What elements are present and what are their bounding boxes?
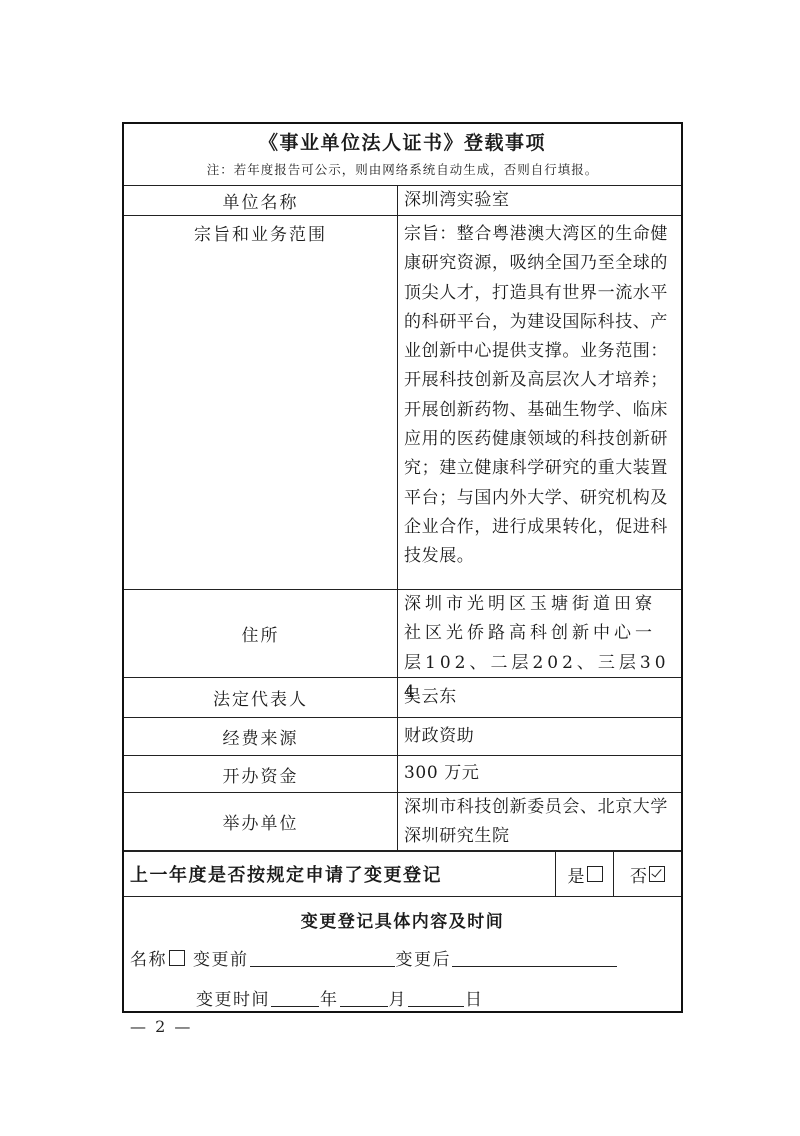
- value-purpose-scope: 宗旨：整合粤港澳大湾区的生命健康研究资源，吸纳全国乃至全球的顶尖人才，打造具有世…: [398, 216, 681, 589]
- before-label: 变更前: [193, 945, 249, 970]
- label-sponsor-unit: 举办单位: [124, 793, 398, 850]
- change-question-label: 上一年度是否按规定申请了变更登记: [130, 852, 442, 896]
- document-note: 注：若年度报告可公示，则由网络系统自动生成，否则自行填报。: [124, 160, 681, 178]
- row-startup-capital: 开办资金 300 万元: [124, 755, 681, 792]
- row-address: 住所 深圳市光明区玉塘街道田寮社区光侨路高科创新中心一层102、二层202、三层…: [124, 589, 681, 677]
- value-unit-name: 深圳湾实验室: [398, 186, 681, 215]
- before-value-field[interactable]: [250, 948, 395, 967]
- label-funding-source: 经费来源: [124, 718, 398, 755]
- checkbox-yes[interactable]: [587, 866, 603, 882]
- checkbox-no-checked[interactable]: [649, 866, 665, 882]
- day-label: 日: [465, 985, 484, 1010]
- form-header: 《事业单位法人证书》登载事项 注：若年度报告可公示，则由网络系统自动生成，否则自…: [124, 124, 681, 185]
- year-label: 年: [320, 985, 339, 1010]
- value-funding-source: 财政资助: [398, 718, 681, 755]
- day-field[interactable]: [408, 988, 464, 1007]
- document-title: 《事业单位法人证书》登载事项: [124, 128, 681, 155]
- change-time-line: 变更时间 年 月 日: [196, 985, 484, 1010]
- change-details-title: 变更登记具体内容及时间: [124, 907, 681, 932]
- row-legal-representative: 法定代表人 吴云东: [124, 677, 681, 717]
- year-field[interactable]: [271, 988, 319, 1007]
- time-label: 变更时间: [196, 985, 270, 1010]
- change-item-label: 名称: [130, 945, 167, 970]
- row-change-question: 上一年度是否按规定申请了变更登记 是 否: [124, 850, 681, 896]
- row-sponsor-unit: 举办单位 深圳市科技创新委员会、北京大学深圳研究生院: [124, 792, 681, 850]
- value-sponsor-unit: 深圳市科技创新委员会、北京大学深圳研究生院: [398, 793, 681, 850]
- label-purpose-scope: 宗旨和业务范围: [124, 216, 398, 589]
- label-startup-capital: 开办资金: [124, 756, 398, 792]
- row-purpose-scope: 宗旨和业务范围 宗旨：整合粤港澳大湾区的生命健康研究资源，吸纳全国乃至全球的顶尖…: [124, 215, 681, 589]
- after-value-field[interactable]: [452, 948, 617, 967]
- option-no-label: 否: [630, 862, 647, 887]
- label-address: 住所: [124, 590, 398, 677]
- row-unit-name: 单位名称 深圳湾实验室: [124, 185, 681, 215]
- label-unit-name: 单位名称: [124, 186, 398, 215]
- value-startup-capital: 300 万元: [398, 756, 681, 792]
- option-no[interactable]: 否: [613, 852, 681, 896]
- option-yes-label: 是: [568, 862, 585, 887]
- checkbox-name-change[interactable]: [169, 950, 185, 966]
- change-name-line: 名称 变更前 变更后: [130, 945, 618, 970]
- registration-form-table: 《事业单位法人证书》登载事项 注：若年度报告可公示，则由网络系统自动生成，否则自…: [122, 122, 683, 1013]
- month-label: 月: [389, 985, 408, 1010]
- page-number: — 2 —: [130, 1017, 192, 1036]
- month-field[interactable]: [340, 988, 388, 1007]
- option-yes[interactable]: 是: [555, 852, 614, 896]
- row-change-details: 变更登记具体内容及时间 名称 变更前 变更后 变更时间 年 月 日: [124, 896, 681, 1011]
- label-legal-representative: 法定代表人: [124, 678, 398, 717]
- after-label: 变更后: [396, 945, 452, 970]
- value-legal-representative: 吴云东: [398, 678, 681, 717]
- row-funding-source: 经费来源 财政资助: [124, 717, 681, 755]
- value-address: 深圳市光明区玉塘街道田寮社区光侨路高科创新中心一层102、二层202、三层304: [398, 590, 681, 677]
